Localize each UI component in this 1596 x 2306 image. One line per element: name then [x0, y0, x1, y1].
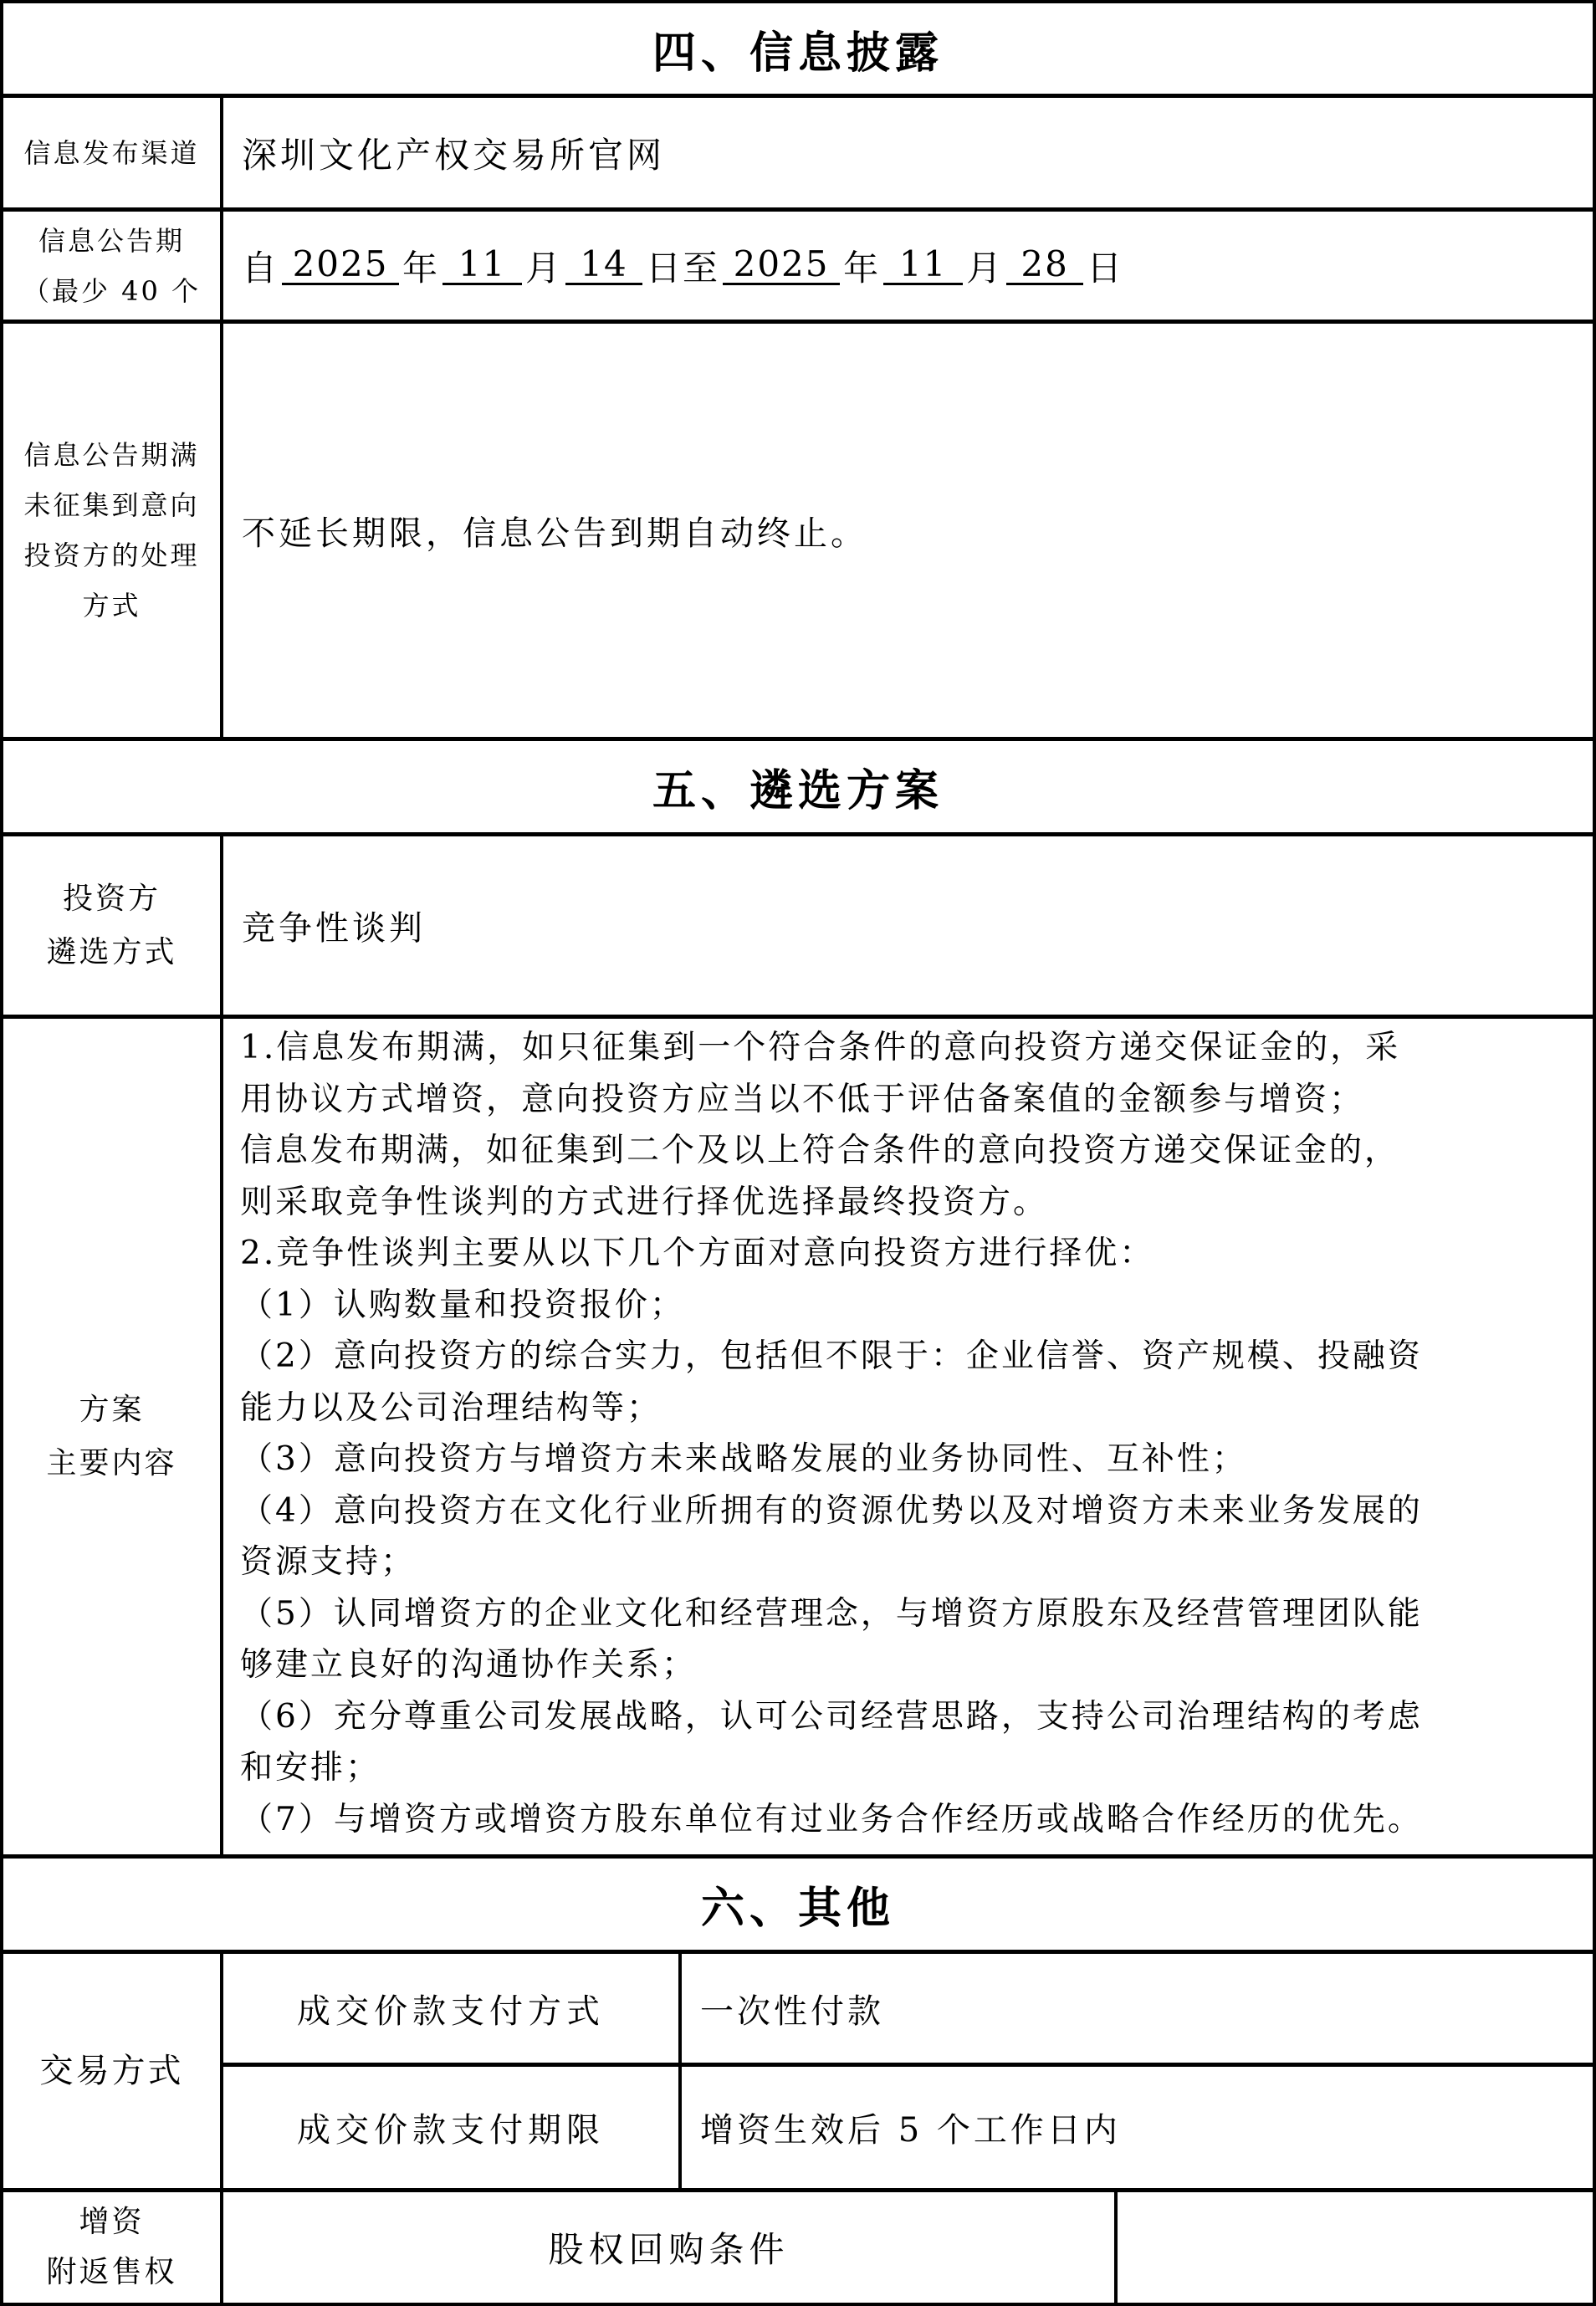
label-announcement-period: 信息公告期 （最少 40 个: [3, 212, 220, 320]
label-line: 投资方: [63, 872, 161, 926]
label-line: 信息公告期: [38, 216, 185, 266]
plan-line: （4）意向投资方在文化行业所拥有的资源优势以及对增资方未来业务发展的: [240, 1485, 1581, 1537]
end-year-unit: 年: [843, 241, 880, 291]
value-info-channel: 深圳文化产权交易所官网: [223, 98, 1593, 207]
section-title-disclosure: 四、信息披露: [3, 3, 1593, 94]
label-plan-content: 方案 主要内容: [3, 1019, 220, 1854]
label-no-investor-handling: 信息公告期满 未征集到意向 投资方的处理 方式: [3, 324, 220, 737]
plan-line: 资源支持；: [240, 1536, 1581, 1588]
label-line: 未征集到意向: [23, 480, 199, 530]
plan-line: （7）与增资方或增资方股东单位有过业务合作经历或战略合作经历的优先。: [240, 1794, 1581, 1846]
label-line: 附返售权: [46, 2247, 176, 2298]
plan-line: （2）意向投资方的综合实力，包括但不限于：企业信誉、资产规模、投融资: [240, 1331, 1581, 1383]
plan-line: （5）认同增资方的企业文化和经营理念，与增资方原股东及经营管理团队能: [240, 1588, 1581, 1640]
value-no-investor-handling: 不延长期限，信息公告到期自动终止。: [223, 324, 1593, 737]
year-unit: 年: [402, 241, 439, 291]
label-trade-method: 交易方式: [3, 1954, 220, 2188]
label-payment-deadline: 成交价款支付期限: [223, 2067, 678, 2188]
value-buyback-conditions: [1118, 2192, 1593, 2303]
label-line: 方式: [82, 580, 141, 631]
plan-line: 则采取竞争性谈判的方式进行择优选择最终投资方。: [240, 1177, 1581, 1229]
end-month: 11: [883, 246, 963, 285]
label-line: 方案: [79, 1383, 144, 1437]
plan-line: 用协议方式增资，意向投资方应当以不低于评估备案值的金额参与增资；: [240, 1074, 1581, 1126]
end-day: 28: [1006, 246, 1083, 285]
value-payment-deadline: 增资生效后 5 个工作日内: [682, 2067, 1593, 2188]
end-month-unit: 月: [966, 241, 1003, 291]
plan-line: 和安排；: [240, 1742, 1581, 1794]
label-payment-method: 成交价款支付方式: [223, 1954, 678, 2063]
start-year: 2025: [282, 246, 399, 285]
section-title-other: 六、其他: [3, 1859, 1593, 1950]
label-buyback-conditions: 股权回购条件: [223, 2192, 1114, 2303]
label-line: 遴选方式: [46, 926, 176, 979]
day-unit-to: 日至: [646, 241, 719, 291]
plan-line: 1.信息发布期满，如只征集到一个符合条件的意向投资方递交保证金的，采: [240, 1022, 1581, 1074]
value-selection-method: 竞争性谈判: [223, 836, 1593, 1015]
end-day-unit: 日: [1087, 241, 1123, 291]
row-divider: [0, 1015, 1596, 1019]
label-selection-method: 投资方 遴选方式: [3, 836, 220, 1015]
start-month: 11: [442, 246, 522, 285]
label-line: 主要内容: [46, 1437, 176, 1490]
section-title-selection: 五、遴选方案: [3, 741, 1593, 832]
label-put-option: 增资 附返售权: [3, 2192, 220, 2303]
label-line: 增资: [79, 2197, 144, 2247]
value-announcement-period: 自 2025 年 11 月 14 日至 2025 年 11 月 28 日: [223, 212, 1593, 320]
value-plan-content: 1.信息发布期满，如只征集到一个符合条件的意向投资方递交保证金的，采 用协议方式…: [223, 1022, 1593, 1854]
label-line: 信息公告期满: [23, 430, 199, 480]
plan-line: 信息发布期满，如征集到二个及以上符合条件的意向投资方递交保证金的，: [240, 1125, 1581, 1177]
value-payment-method: 一次性付款: [682, 1954, 1593, 2063]
end-year: 2025: [723, 246, 840, 285]
plan-line: 2.竞争性谈判主要从以下几个方面对意向投资方进行择优：: [240, 1228, 1581, 1280]
label-line: （最少 40 个: [23, 266, 201, 316]
month-unit: 月: [525, 241, 562, 291]
label-info-channel: 信息发布渠道: [3, 98, 220, 207]
plan-line: （3）意向投资方与增资方未来战略发展的业务协同性、互补性；: [240, 1434, 1581, 1485]
plan-line: 能力以及公司治理结构等；: [240, 1383, 1581, 1434]
period-prefix: 自: [242, 241, 279, 291]
plan-line: （1）认购数量和投资报价；: [240, 1280, 1581, 1332]
plan-line: 够建立良好的沟通协作关系；: [240, 1639, 1581, 1691]
plan-line: （6）充分尊重公司发展战略，认可公司经营思路，支持公司治理结构的考虑: [240, 1691, 1581, 1743]
label-line: 投资方的处理: [23, 530, 199, 580]
start-day: 14: [565, 246, 642, 285]
